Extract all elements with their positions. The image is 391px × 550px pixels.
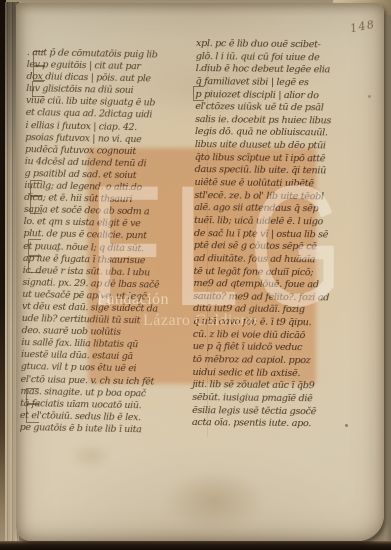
manuscript-line: sēbūt. iusigiua pmagīē diē xyxy=(192,392,370,407)
right-text-column: xpl. pc ē lib duo ouē scibet-glō. l i iū… xyxy=(192,38,374,432)
manuscript-line: acta oīa. psentis iute. apo. xyxy=(192,417,370,432)
book-bottom-edge xyxy=(0,541,391,550)
left-text-column: . aut p̄ de cōmutatōis puig liblev p egu… xyxy=(20,47,189,437)
manuscript-line: ad diuitāte. fous ad huāaīa xyxy=(194,253,372,268)
parchment-stain xyxy=(70,443,112,469)
manuscript-photo: 148 . aut p̄ de cōmutatōis puig liblev p… xyxy=(0,0,391,550)
parchment-stain xyxy=(164,471,264,531)
manuscript-line: q̄ familiavet sibi | legē es xyxy=(195,76,373,91)
